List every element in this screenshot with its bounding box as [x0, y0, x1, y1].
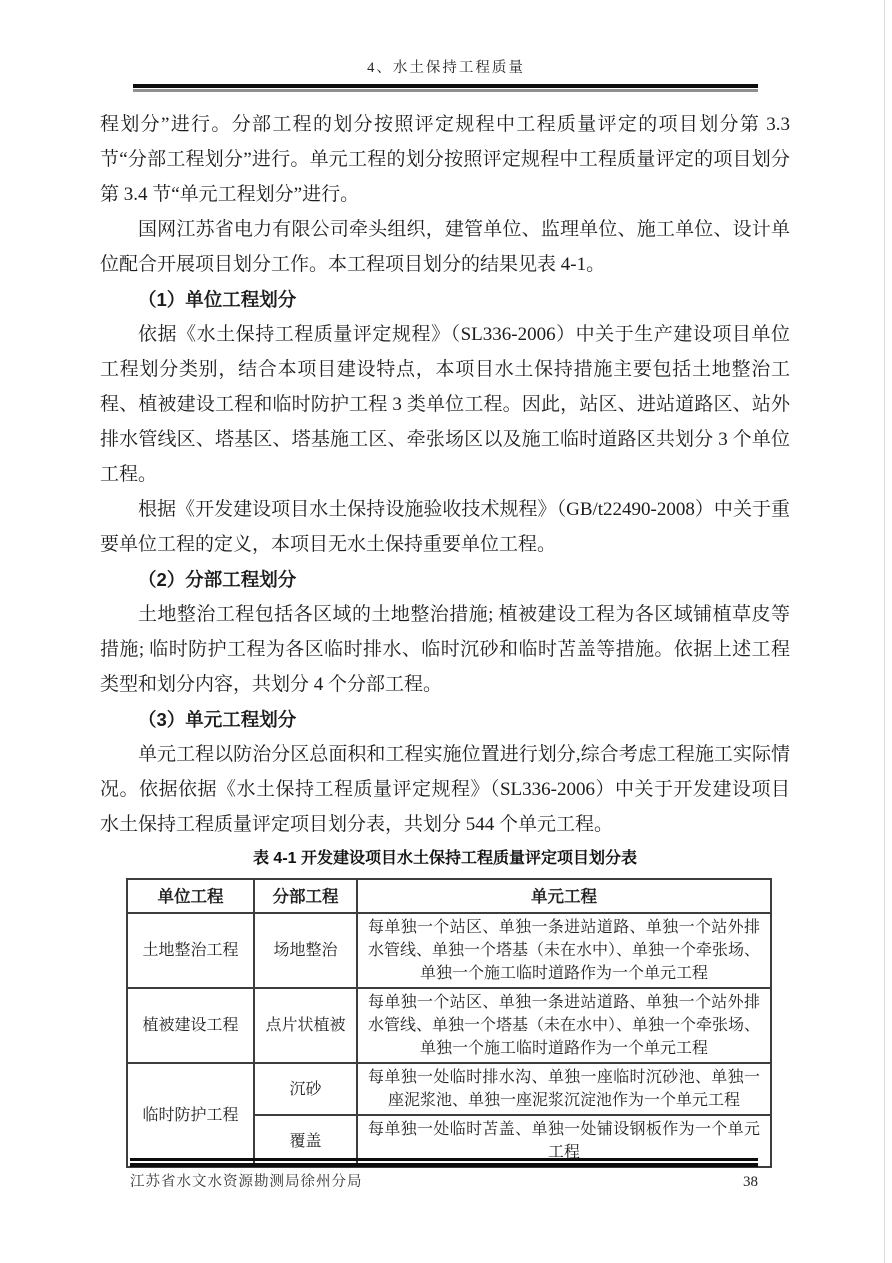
body-paragraph-organization: 国网江苏省电力有限公司牵头组织，建管单位、监理单位、施工单位、设计单位配合开展项… [100, 212, 790, 282]
header-rule [133, 84, 758, 92]
table-row-land-regulation: 土地整治工程 场地整治 每单独一个站区、单独一条进站道路、单独一个站外排水管线、… [127, 913, 771, 988]
document-body: 程划分”进行。分部工程的划分按照评定规程中工程质量评定的项目划分第 3.3 节“… [100, 107, 790, 842]
footer-organization: 江苏省水文水资源勘测局徐州分局 [130, 1170, 363, 1191]
unit-cell: 土地整治工程 [127, 913, 254, 988]
column-header-element-project: 单元工程 [357, 879, 771, 913]
element-cell: 每单独一个站区、单独一条进站道路、单独一个站外排水管线、单独一个塔基（未在水中）… [357, 913, 771, 988]
division-cell: 点片状植被 [254, 988, 357, 1063]
body-paragraph-unit-division: 依据《水土保持工程质量评定规程》（SL336-2006）中关于生产建设项目单位工… [100, 317, 790, 492]
section-heading-subproject-division: （2）分部工程划分 [100, 562, 790, 597]
unit-cell: 临时防护工程 [127, 1063, 254, 1167]
document-page: 4、水土保持工程质量 程划分”进行。分部工程的划分按照评定规程中工程质量评定的项… [0, 0, 892, 1263]
division-cell: 沉砂 [254, 1063, 357, 1115]
body-paragraph-subproject-division: 土地整治工程包括各区域的土地整治措施; 植被建设工程为各区域铺植草皮等措施; 临… [100, 597, 790, 702]
table-row-vegetation: 植被建设工程 点片状植被 每单独一个站区、单独一条进站道路、单独一个站外排水管线… [127, 988, 771, 1063]
page-number: 38 [743, 1174, 758, 1191]
scan-edge-line [884, 0, 885, 1263]
body-paragraph-important-units: 根据《开发建设项目水土保持设施验收技术规程》（GB/t22490-2008）中关… [100, 492, 790, 562]
project-division-table: 单位工程 分部工程 单元工程 土地整治工程 场地整治 每单独一个站区、单独一条进… [126, 878, 772, 1168]
division-cell: 场地整治 [254, 913, 357, 988]
table-caption: 表 4-1 开发建设项目水土保持工程质量评定项目划分表 [100, 845, 790, 873]
section-heading-unit-division: （1）单位工程划分 [100, 282, 790, 317]
table-row-temporary-protection-sand: 临时防护工程 沉砂 每单独一处临时排水沟、单独一座临时沉砂池、单独一座泥浆池、单… [127, 1063, 771, 1115]
column-header-division-project: 分部工程 [254, 879, 357, 913]
footer-rule-top [130, 1158, 758, 1161]
section-heading-element-division: （3）单元工程划分 [100, 702, 790, 737]
body-paragraph-element-division: 单元工程以防治分区总面积和工程实施位置进行划分,综合考虑工程施工实际情况。依据依… [100, 737, 790, 842]
header-title: 4、水土保持工程质量 [0, 58, 892, 78]
unit-cell: 植被建设工程 [127, 988, 254, 1063]
header-rule-gray [133, 89, 758, 92]
body-paragraph-continuation: 程划分”进行。分部工程的划分按照评定规程中工程质量评定的项目划分第 3.3 节“… [100, 107, 790, 212]
footer-line: 江苏省水文水资源勘测局徐州分局 38 [130, 1170, 758, 1191]
footer-rule [130, 1158, 758, 1167]
column-header-unit-project: 单位工程 [127, 879, 254, 913]
header-rule-black [133, 84, 758, 88]
element-cell: 每单独一个站区、单独一条进站道路、单独一个站外排水管线、单独一个塔基（未在水中）… [357, 988, 771, 1063]
element-cell: 每单独一处临时排水沟、单独一座临时沉砂池、单独一座泥浆池、单独一座泥浆沉淀池作为… [357, 1063, 771, 1115]
page-footer: 江苏省水文水资源勘测局徐州分局 38 [0, 1158, 892, 1191]
page-header: 4、水土保持工程质量 [0, 0, 892, 92]
footer-rule-bottom [130, 1163, 758, 1167]
table-header-row: 单位工程 分部工程 单元工程 [127, 879, 771, 913]
